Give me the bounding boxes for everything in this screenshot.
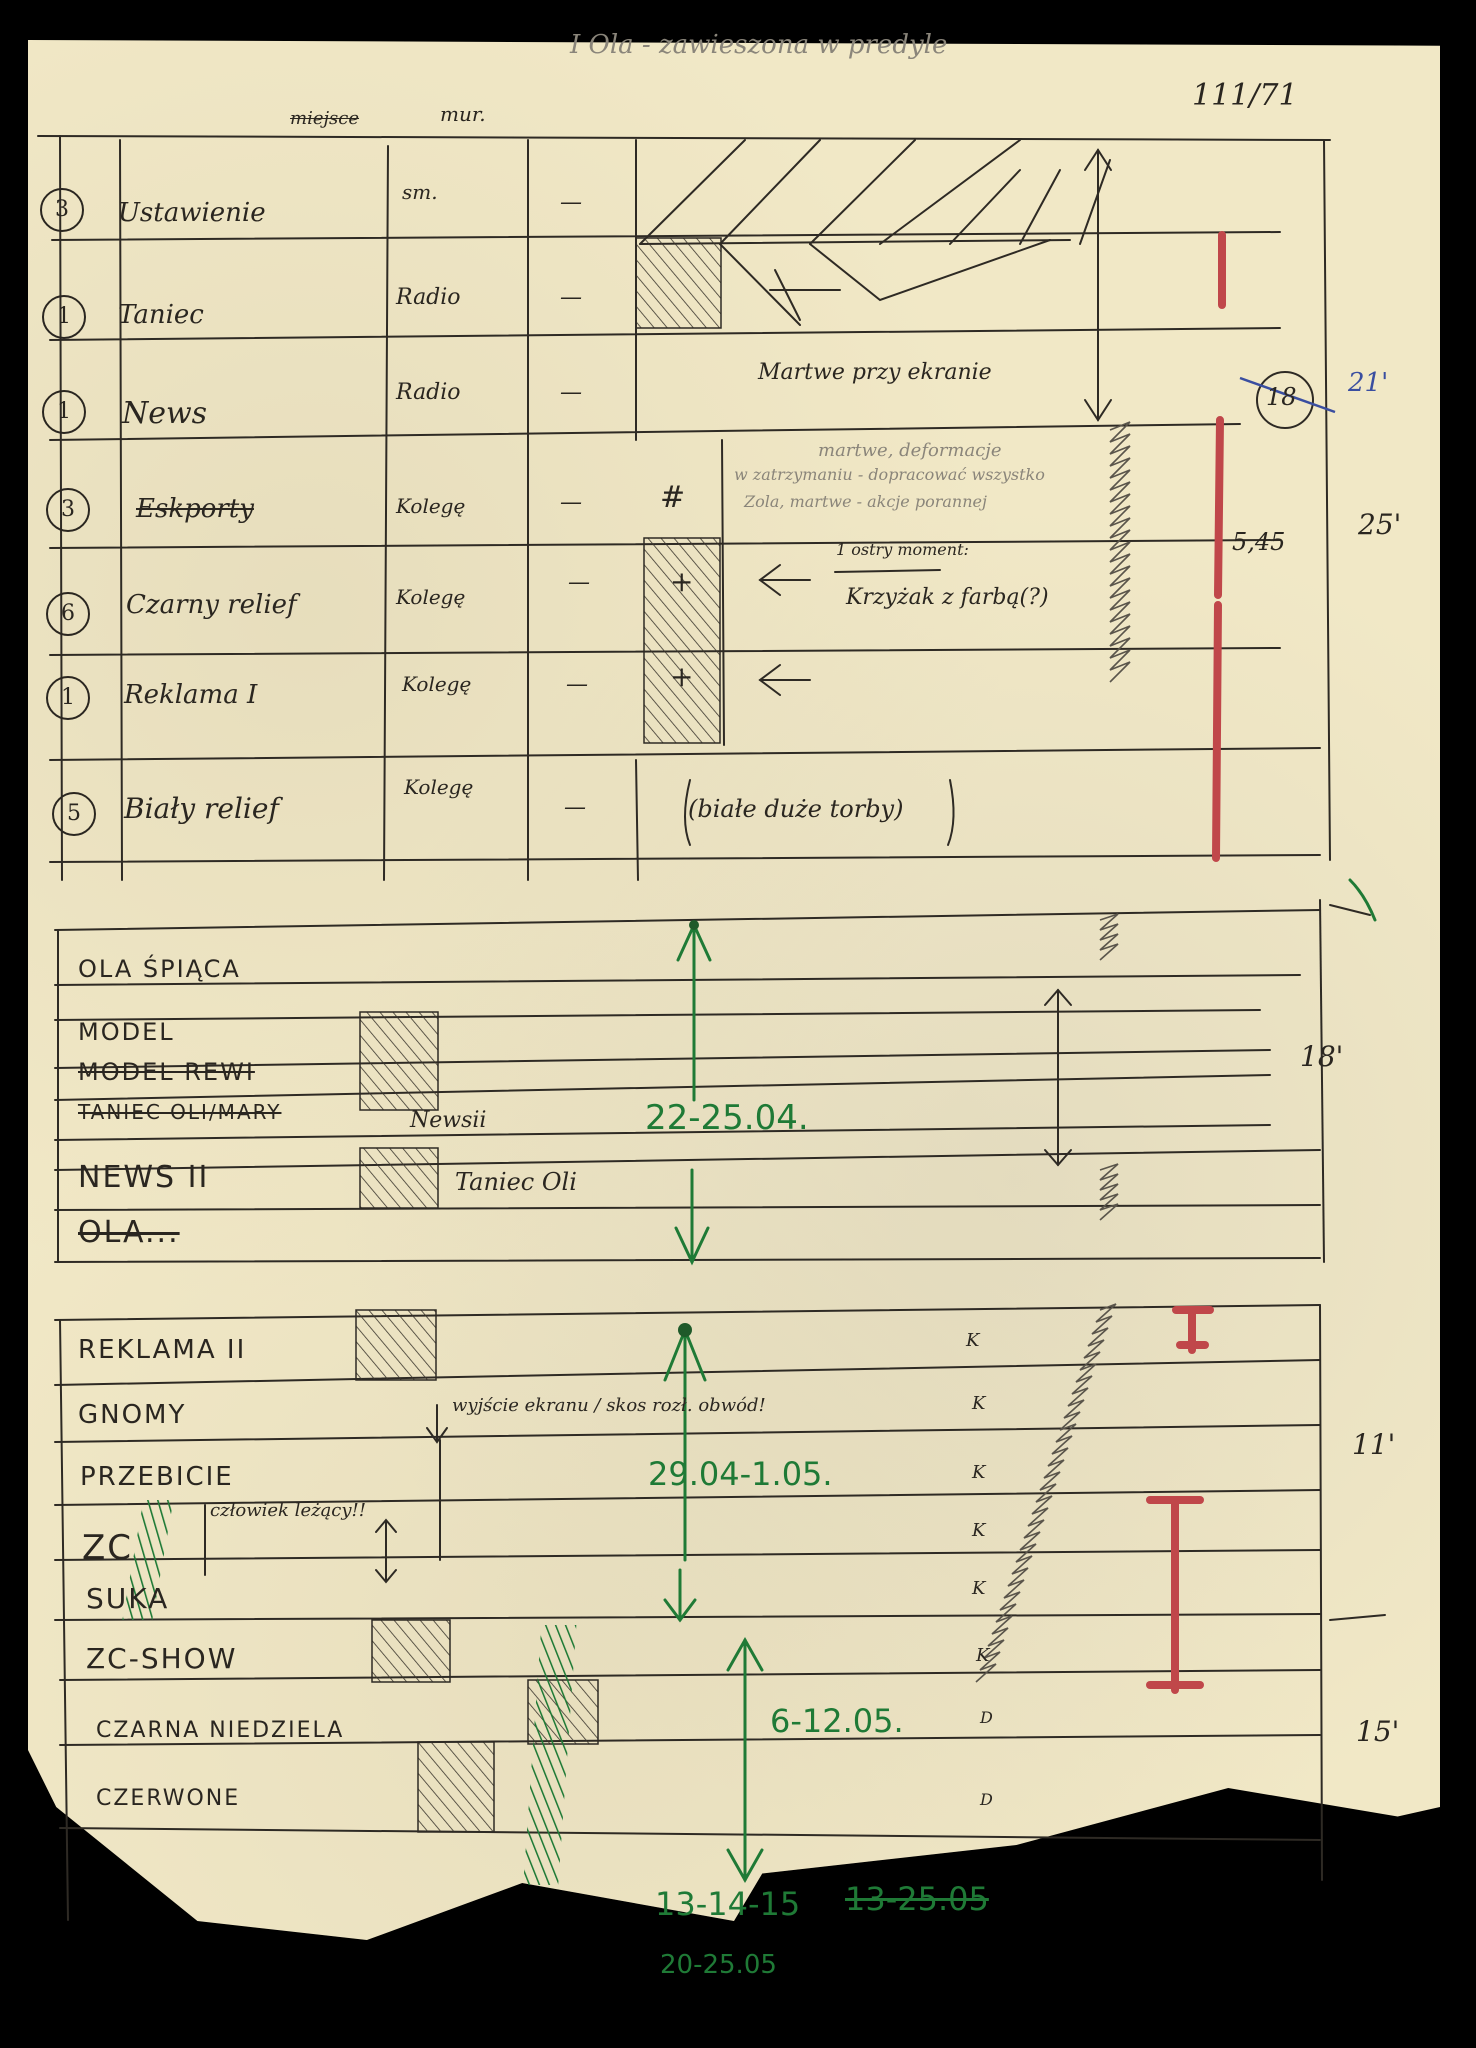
row-symbol: + — [670, 565, 693, 598]
list-item: MODEL REWI — [78, 1058, 255, 1086]
list-item: NEWS II — [78, 1160, 209, 1195]
row-count: 5 — [52, 792, 96, 836]
list-item: REKLAMA II — [78, 1335, 246, 1365]
row-count: 6 — [46, 592, 90, 636]
row-location: Radio — [396, 380, 461, 405]
row-count: 3 — [46, 488, 90, 532]
row-dash: — — [560, 190, 582, 215]
row-dash: — — [560, 285, 582, 310]
dates-section-2: 22-25.04. — [645, 1098, 809, 1138]
row-dash: — — [566, 672, 588, 697]
marker: D — [980, 1790, 993, 1809]
row-count: 1 — [46, 676, 90, 720]
row-scene: Ustawienie — [118, 198, 266, 228]
row-location: Kolegę — [396, 494, 465, 518]
row-scene: Biały relief — [124, 792, 279, 825]
row-count: 3 — [40, 188, 84, 232]
row-dash: — — [564, 795, 586, 820]
marker: K — [972, 1520, 985, 1541]
row-symbol: + — [670, 660, 693, 693]
row-count: 1 — [42, 295, 86, 339]
list-item: TANIEC OLI/MARY — [78, 1100, 281, 1124]
row-location: Kolegę — [396, 585, 465, 609]
pencil-note-line: martwe, deformacje — [818, 440, 1002, 461]
note-news: Newsii — [410, 1108, 486, 1133]
row-scene: Czarny relief — [126, 590, 297, 620]
row-scene: Reklama I — [124, 680, 257, 710]
list-item: CZERWONE — [96, 1786, 240, 1811]
marker: D — [980, 1708, 993, 1727]
row-dash: — — [560, 380, 582, 405]
list-item: OLA ŚPIĄCA — [78, 955, 241, 983]
marker: K — [972, 1393, 985, 1414]
row-location: sm. — [402, 180, 438, 204]
note-dance: Taniec Oli — [455, 1168, 577, 1196]
row-scene: Eskporty — [136, 494, 254, 524]
minutes-section-3b: 15' — [1356, 1715, 1399, 1748]
dates-3-struck: 13-25.05 — [845, 1880, 989, 1918]
column-header: mur. — [440, 102, 486, 126]
list-item: SUKA — [86, 1582, 169, 1615]
list-item: ZC — [82, 1528, 133, 1568]
note-screen-exit: wyjście ekranu / skos rozł. obwód! — [452, 1395, 766, 1416]
marker: K — [976, 1645, 989, 1666]
row-dash: — — [568, 570, 590, 595]
row-symbol: # — [660, 480, 685, 515]
page-number: 111/71 — [1192, 78, 1298, 113]
note-bags: (białe duże torby) — [688, 795, 903, 823]
dates-4: 20-25.05 — [660, 1950, 777, 1980]
duration-red-label: 5,45 — [1232, 528, 1285, 556]
minutes-section-2: 18' — [1300, 1040, 1343, 1073]
note-lying: człowiek leżący!! — [210, 1500, 366, 1521]
pencil-note-line: w zatrzymaniu - dopracować wszystko — [734, 465, 1045, 484]
dates-1: 29.04-1.05. — [648, 1455, 833, 1493]
list-item: GNOMY — [78, 1400, 186, 1430]
circled-count: 18 — [1266, 383, 1297, 411]
row-scene: Taniec — [118, 300, 204, 330]
note-moment: 1 ostry moment: — [836, 540, 969, 559]
marker: K — [972, 1578, 985, 1599]
list-item: CZARNA NIEDZIELA — [96, 1718, 344, 1743]
list-item: MODEL — [78, 1018, 175, 1046]
minutes-blue: 21' — [1348, 368, 1388, 398]
note-screen: Martwe przy ekranie — [758, 360, 992, 385]
row-scene: News — [122, 396, 207, 431]
row-count: 1 — [42, 390, 86, 434]
row-dash: — — [560, 490, 582, 515]
row-location: Radio — [396, 285, 461, 310]
pencil-note-line: Zola, martwe - akcje porannej — [744, 492, 987, 511]
document-title: I Ola - zawieszona w predyle — [570, 30, 947, 60]
marker: K — [972, 1462, 985, 1483]
row-location: Kolegę — [404, 775, 473, 799]
dates-3: 13-14-15 — [655, 1885, 800, 1923]
column-header-struck: miejsce — [290, 108, 359, 129]
list-item: ZC-SHOW — [86, 1642, 237, 1675]
row-location: Kolegę — [402, 672, 471, 696]
note-bag: Krzyżak z farbą(?) — [846, 585, 1049, 610]
list-item: PRZEBICIE — [80, 1462, 234, 1492]
minutes-section-3a: 11' — [1352, 1428, 1395, 1461]
marker: K — [966, 1330, 979, 1351]
dates-2: 6-12.05. — [770, 1702, 904, 1740]
list-item: OLA... — [78, 1215, 180, 1250]
minutes-section-1: 25' — [1358, 508, 1401, 541]
